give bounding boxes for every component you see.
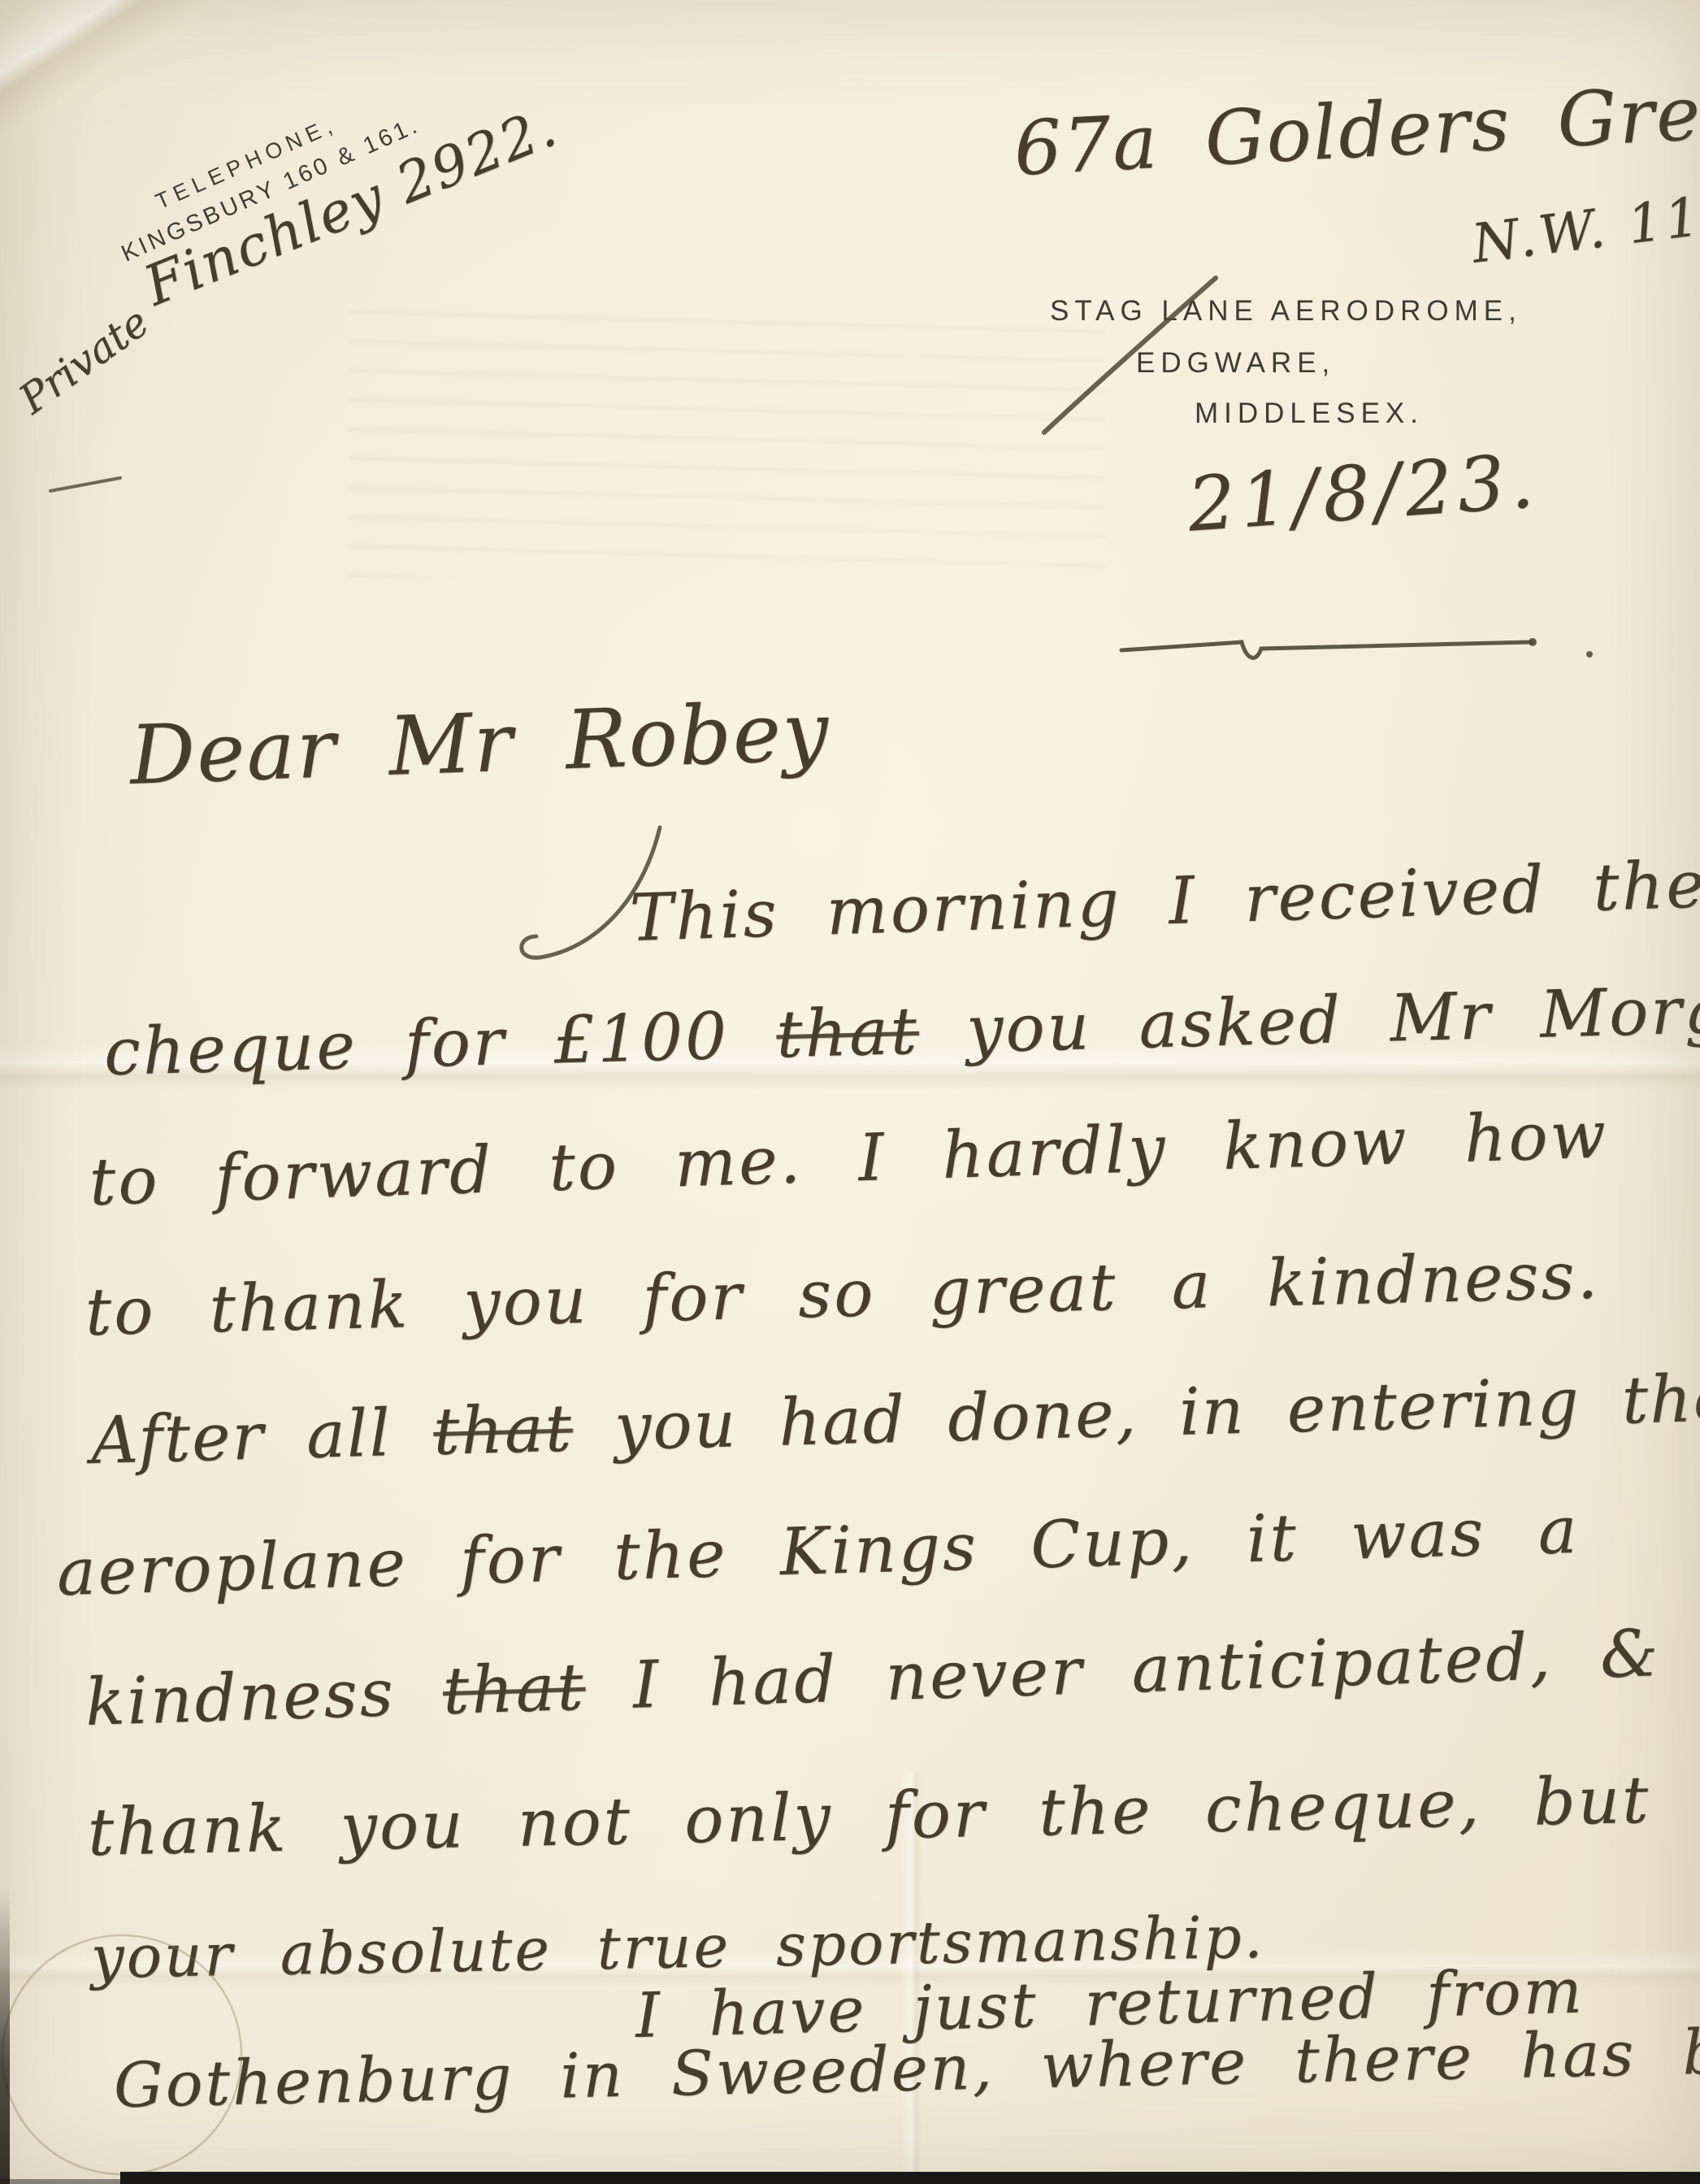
scan-edge-bottom — [120, 2172, 1700, 2184]
letter-line: After all that you had done, in entering… — [90, 1366, 1700, 1474]
private-underline — [50, 478, 120, 491]
handwritten-postal-district: N.W. 11. — [1469, 187, 1700, 271]
scan-edge-bottom-left — [0, 2179, 120, 2184]
ink-bleed-through-smudge — [349, 309, 1105, 577]
private-note: Private — [12, 301, 155, 420]
printed-address-line-1: STAG LANE AERODROME, — [1050, 295, 1522, 328]
letter-line: to thank you for so great a kindness. — [85, 1243, 1601, 1345]
letter-line: aeroplane for the Kings Cup, it was a — [56, 1498, 1581, 1605]
printed-address-line-3: MIDDLESEX. — [1195, 397, 1424, 430]
letter-date: 21/8/23. — [1186, 444, 1541, 543]
letter-line: Gothenburg in Sweeden, where there has b… — [113, 2018, 1700, 2117]
scan-edge-left — [0, 1886, 10, 2184]
t-crossbar-struck-word: that — [432, 1390, 574, 1469]
date-underline-flourish — [1121, 642, 1531, 658]
letter-page: TELEPHONE, KINGSBURY 160 & 161. STAG LAN… — [0, 0, 1700, 2184]
letter-line: to forward to me. I hardly know how — [89, 1102, 1609, 1215]
t-crossbar-struck-word: that — [775, 993, 920, 1073]
salutation: Dear Mr Robey — [128, 691, 831, 797]
letter-line: kindness that I had never anticipated, &… — [85, 1618, 1700, 1735]
printed-address-line-2: EDGWARE, — [1136, 347, 1335, 380]
letter-line: cheque for £100 that you asked Mr Morgan… — [103, 975, 1700, 1085]
t-crossbar-struck-word: that — [442, 1649, 587, 1729]
letter-line: thank you not only for the cheque, but — [87, 1768, 1651, 1865]
handwritten-street-address: 67a Golders Green Rd — [1013, 63, 1700, 187]
letter-line: This morning I received the — [629, 852, 1700, 951]
date-period-dot — [1586, 651, 1593, 658]
date-underline-end-dot — [1529, 638, 1537, 646]
